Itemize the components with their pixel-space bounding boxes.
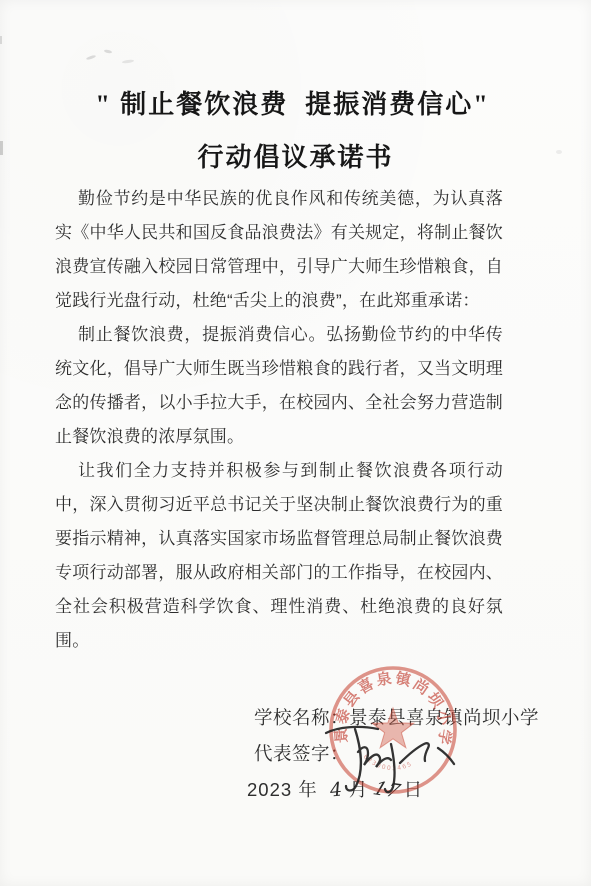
paragraph-1: 勤俭节约是中华民族的优良作风和传统美德，为认真落实《中华人民共和国反食品浪费法》…	[55, 182, 503, 318]
scan-smudge	[104, 49, 112, 54]
document-body: 勤俭节约是中华民族的优良作风和传统美德，为认真落实《中华人民共和国反食品浪费法》…	[55, 182, 503, 658]
scanned-document-page: " 制止餐饮浪费 提振消费信心" 行动倡议承诺书 勤俭节约是中华民族的优良作风和…	[0, 0, 591, 886]
scan-smudge	[86, 55, 96, 61]
document-title-line1: " 制止餐饮浪费 提振消费信心"	[0, 84, 585, 121]
paragraph-3: 让我们全力支持并积极参与到制止餐饮浪费各项行动中，深入贯彻习近平总书记关于坚决制…	[55, 454, 503, 658]
paragraph-2: 制止餐饮浪费，提振消费信心。弘扬勤俭节约的中华传统文化，倡导广大师生既当珍惜粮食…	[55, 318, 503, 454]
handwritten-signature	[300, 700, 480, 810]
scan-smudge	[122, 59, 134, 64]
document-title-line2: 行动倡议承诺书	[0, 137, 591, 174]
scan-speck	[0, 36, 2, 44]
